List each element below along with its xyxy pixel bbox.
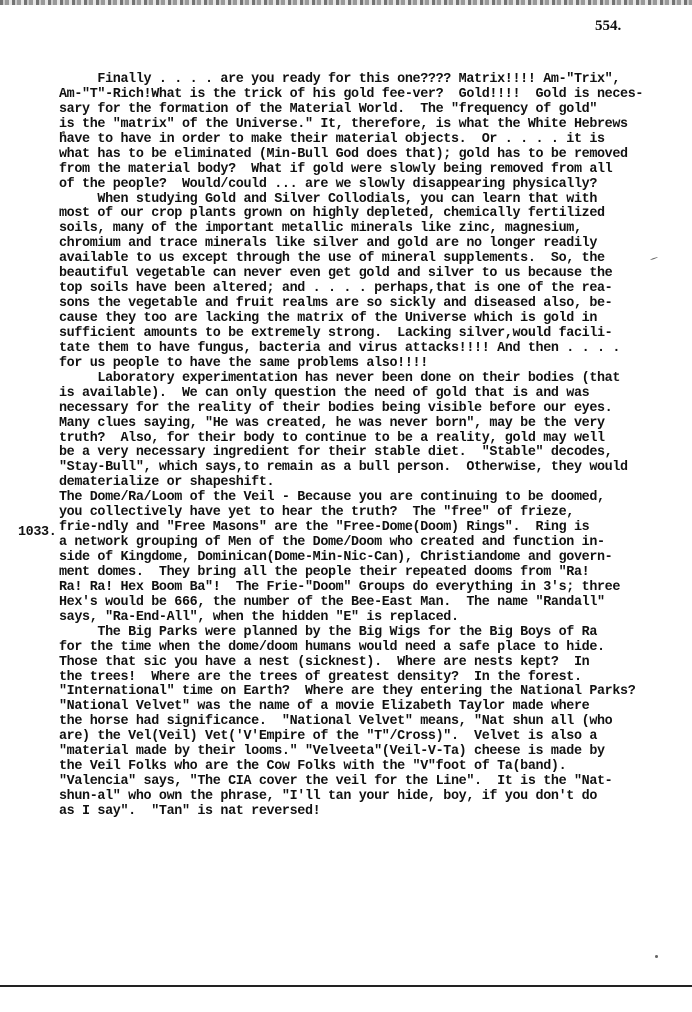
text-line: Many clues saying, "He was created, he w… — [59, 417, 659, 432]
text-line: have to have in order to make their mate… — [59, 133, 659, 148]
page-number: 554. — [595, 18, 621, 35]
text-line: cause they too are lacking the matrix of… — [59, 312, 659, 327]
text-line: you collectively have yet to hear the tr… — [59, 506, 659, 521]
text-line: chromium and trace minerals like silver … — [59, 237, 659, 252]
text-line: Ra! Ra! Hex Boom Ba"! The Frie-"Doom" Gr… — [59, 581, 659, 596]
text-line: Am-"T"-Rich!What is the trick of his gol… — [59, 88, 659, 103]
text-line: top soils have been altered; and . . . .… — [59, 282, 659, 297]
text-line: necessary for the reality of their bodie… — [59, 402, 659, 417]
text-line: "International" time on Earth? Where are… — [59, 685, 659, 700]
text-line: from the material body? What if gold wer… — [59, 163, 659, 178]
text-line: says, "Ra-End-All", when the hidden "E" … — [59, 611, 659, 626]
text-line: dematerialize or shapeshift. — [59, 476, 659, 491]
scan-speck — [62, 131, 65, 134]
text-line: sons the vegetable and fruit realms are … — [59, 297, 659, 312]
text-line: as I say". "Tan" is nat reversed! — [59, 805, 659, 820]
text-line: for us people to have the same problems … — [59, 357, 659, 372]
text-line: When studying Gold and Silver Collodials… — [59, 193, 659, 208]
text-line: sufficient amounts to be extremely stron… — [59, 327, 659, 342]
text-line: Those that sic you have a nest (sicknest… — [59, 656, 659, 671]
text-line: "National Velvet" was the name of a movi… — [59, 700, 659, 715]
text-line: side of Kingdome, Dominican(Dome-Min-Nic… — [59, 551, 659, 566]
text-line: a network grouping of Men of the Dome/Do… — [59, 536, 659, 551]
text-line: Finally . . . . are you ready for this o… — [59, 73, 659, 88]
entry-number: 1033. — [18, 525, 56, 540]
text-line: Laboratory experimentation has never bee… — [59, 372, 659, 387]
text-line: most of our crop plants grown on highly … — [59, 207, 659, 222]
scan-speck — [655, 955, 658, 958]
text-line: truth? Also, for their body to continue … — [59, 432, 659, 447]
text-line: for the time when the dome/doom humans w… — [59, 641, 659, 656]
text-line: The Dome/Ra/Loom of the Veil - Because y… — [59, 491, 659, 506]
text-line: sary for the formation of the Material W… — [59, 103, 659, 118]
text-line: tate them to have fungus, bacteria and v… — [59, 342, 659, 357]
scan-edge-noise — [0, 0, 692, 5]
text-line: shun-al" who own the phrase, "I'll tan y… — [59, 790, 659, 805]
text-line: are) the Vel(Veil) Vet('V'Empire of the … — [59, 730, 659, 745]
text-line: available to us except through the use o… — [59, 252, 659, 267]
text-line: of the people? Would/could ... are we sl… — [59, 178, 659, 193]
text-line: "Stay-Bull", which says,to remain as a b… — [59, 461, 659, 476]
text-line: is the "matrix" of the Universe." It, th… — [59, 118, 659, 133]
text-line: be a very necessary ingredient for their… — [59, 446, 659, 461]
text-line: ment domes. They bring all the people th… — [59, 566, 659, 581]
text-line: Hex's would be 666, the number of the Be… — [59, 596, 659, 611]
text-line: the Veil Folks who are the Cow Folks wit… — [59, 760, 659, 775]
document-body: Finally . . . . are you ready for this o… — [59, 73, 659, 820]
text-line: what has to be eliminated (Min-Bull God … — [59, 148, 659, 163]
text-line: "Valencia" says, "The CIA cover the veil… — [59, 775, 659, 790]
text-line: the trees! Where are the trees of greate… — [59, 671, 659, 686]
text-line: The Big Parks were planned by the Big Wi… — [59, 626, 659, 641]
text-line: frie-ndly and "Free Masons" are the "Fre… — [59, 521, 659, 536]
text-line: is available). We can only question the … — [59, 387, 659, 402]
text-line: soils, many of the important metallic mi… — [59, 222, 659, 237]
page-bottom-rule — [0, 985, 692, 987]
text-line: the horse had significance. "National Ve… — [59, 715, 659, 730]
text-line: beautiful vegetable can never even get g… — [59, 267, 659, 282]
text-line: "material made by their looms." "Velveet… — [59, 745, 659, 760]
